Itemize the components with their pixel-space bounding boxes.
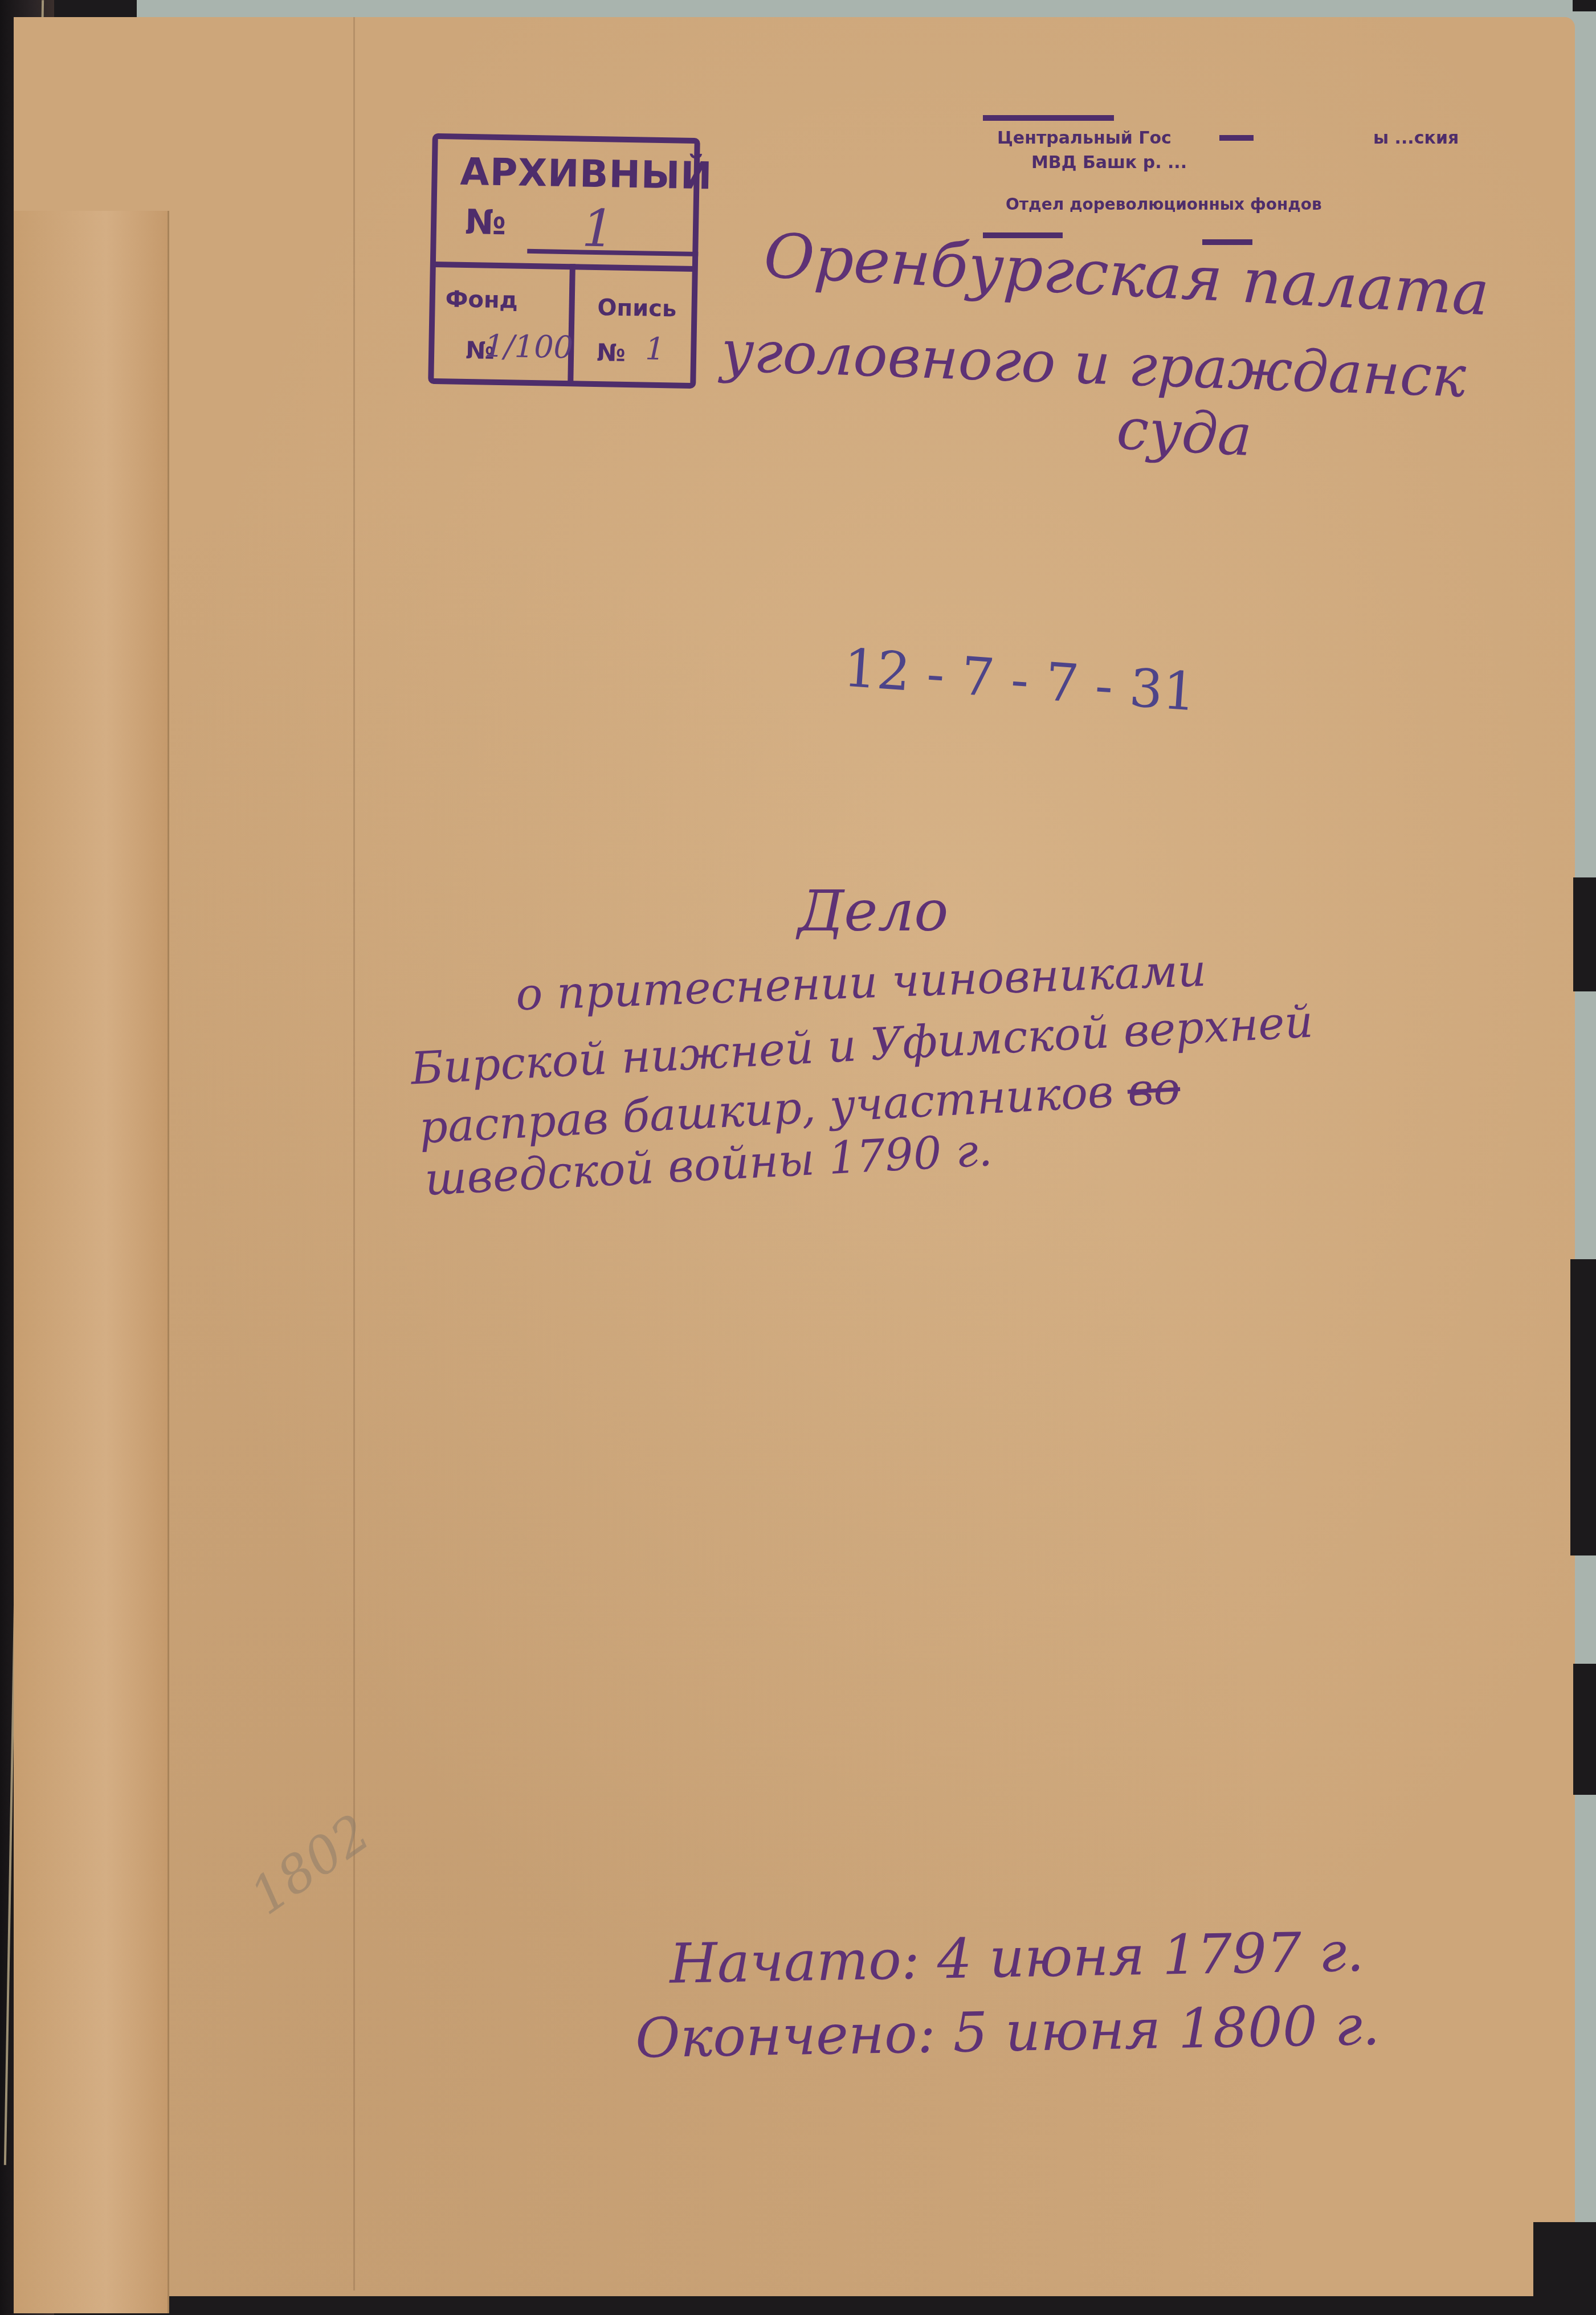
torn-edge: [1533, 2222, 1596, 2315]
central-stamp-line3: Отдел дореволюционных фондов: [1006, 195, 1322, 214]
fond-label: Фонд: [445, 286, 518, 313]
fond-value: 1/100: [484, 328, 574, 366]
archive-stamp-title: АРХИВНЫЙ: [460, 150, 713, 198]
stamp-rule: [1219, 135, 1254, 141]
stamp-divider: [434, 262, 695, 272]
torn-edge: [1573, 877, 1596, 991]
struck-word: во: [1126, 1063, 1181, 1117]
case-title: Дело: [798, 877, 948, 944]
cover-fold-crease: [137, 17, 355, 2290]
central-stamp-line2: МВД Башк р. ...: [1031, 153, 1187, 173]
heading-line3: суда: [1115, 395, 1254, 469]
date-ended: Окончено: 5 июня 1800 г.: [635, 1994, 1380, 2071]
central-stamp-line1-end: ы ...ския: [1373, 128, 1459, 148]
torn-edge: [1573, 1664, 1596, 1795]
stamp-rule: [983, 115, 1114, 121]
opis-no-label: №: [597, 338, 626, 367]
archive-number-label: №: [465, 202, 507, 243]
central-stamp-line1: Центральный Гос: [997, 128, 1172, 148]
opis-value: 1: [645, 331, 665, 368]
date-started: Начато: 4 июня 1797 г.: [669, 1920, 1364, 1995]
torn-edge: [1570, 1259, 1596, 1555]
opis-label: Опись: [597, 295, 676, 322]
archive-stamp: АРХИВНЫЙ № 1 Фонд № 1/100 Опись № 1: [428, 133, 700, 389]
central-archive-stamp: Центральный Гос ы ...ския МВД Башк р. ..…: [974, 103, 1521, 245]
